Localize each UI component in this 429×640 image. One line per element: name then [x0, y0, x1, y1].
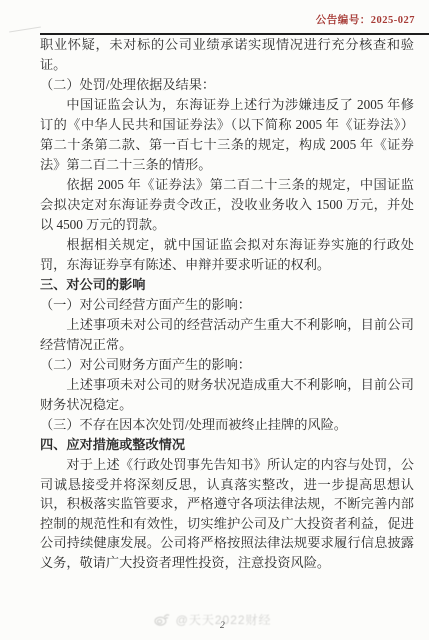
- scan-artifact-line: [9, 27, 41, 33]
- weibo-icon: [153, 612, 170, 627]
- section-heading: 四、应对措施或整改情况: [40, 435, 414, 455]
- subsection-heading: （三）不存在因本次处罚/处理而被终止挂牌的风险。: [40, 415, 414, 435]
- paragraph: 对于上述《行政处罚事先告知书》所认定的内容与处罚，公司诚恳接受并将深刻反思，认真…: [40, 455, 414, 572]
- paragraph: 中国证监会认为，东海证券上述行为涉嫌违反了 2005 年修订的《中华人民共和国证…: [40, 95, 414, 175]
- paragraph: 根据相关规定，就中国证监会拟对东海证券实施的行政处罚，东海证券享有陈述、申辩并要…: [40, 235, 414, 275]
- paragraph: 上述事项未对公司的经营活动产生重大不利影响，目前公司经营情况正常。: [40, 315, 414, 355]
- document-body: 职业怀疑，未对标的公司业绩承诺实现情况进行充分核查和验证。 （二）处罚/处理依据…: [40, 35, 414, 572]
- paragraph: 上述事项未对公司的财务状况造成重大不利影响，目前公司财务状况稳定。: [40, 375, 414, 415]
- weibo-watermark: @天天2022财经: [153, 611, 272, 628]
- announcement-number: 公告编号：2025-027: [316, 12, 415, 27]
- announcement-document-page: 公告编号：2025-027 职业怀疑，未对标的公司业绩承诺实现情况进行充分核查和…: [0, 0, 429, 640]
- paragraph: 依据 2005 年《证券法》第二百二十三条的规定，中国证监会拟决定对东海证券责令…: [40, 175, 414, 235]
- page-number: 2: [220, 621, 225, 631]
- section-heading: 三、对公司的影响: [40, 275, 414, 295]
- subsection-heading: （二）对公司财务方面产生的影响：: [40, 355, 414, 375]
- paragraph-continuation: 职业怀疑，未对标的公司业绩承诺实现情况进行充分核查和验证。: [40, 35, 414, 75]
- subsection-heading: （一）对公司经营方面产生的影响：: [40, 295, 414, 315]
- subsection-heading: （二）处罚/处理依据及结果：: [40, 75, 414, 95]
